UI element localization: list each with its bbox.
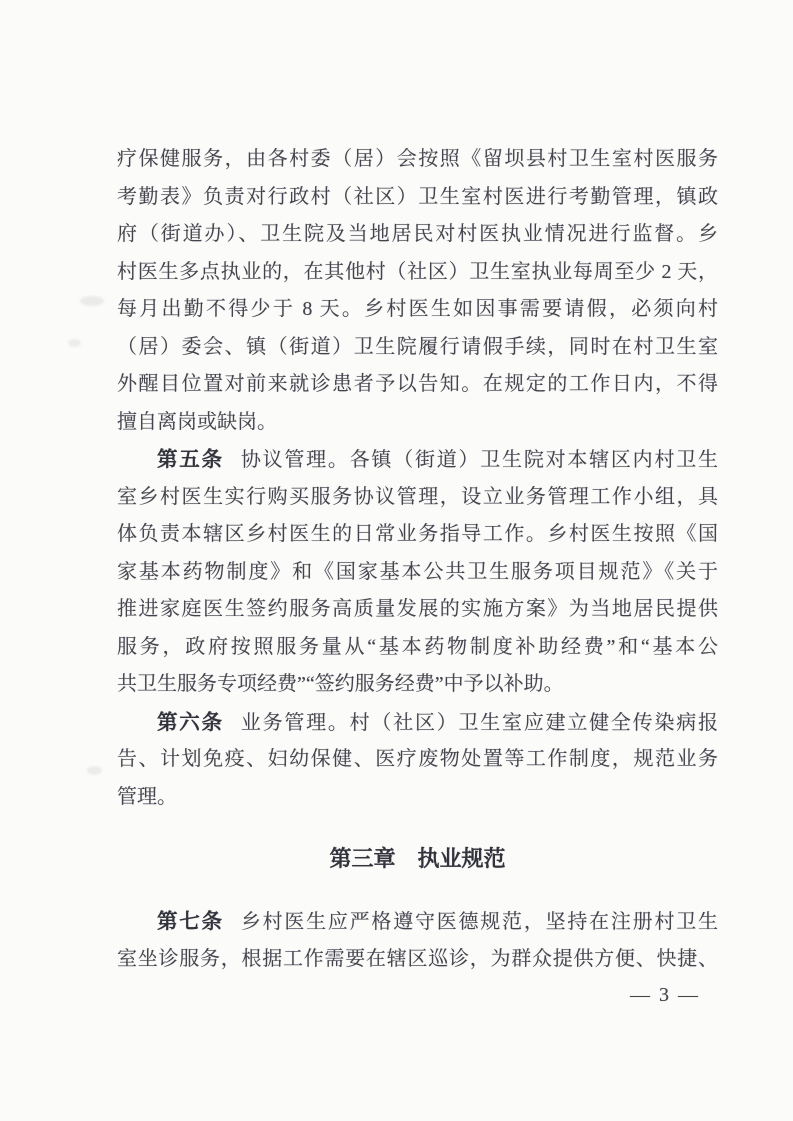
text-line: （居）委会、镇（街道）卫生院履行请假手续，同时在村卫生室 (117, 329, 718, 367)
text-line: 室坐诊服务，根据工作需要在辖区巡诊，为群众提供方便、快捷、 (117, 941, 718, 979)
text-line: 告、计划免疫、妇幼保健、医疗废物处置等工作制度，规范业务 (117, 741, 718, 779)
article-start-line: 第六条业务管理。村（社区）卫生室应建立健全传染病报 (117, 704, 718, 742)
scan-smudge (87, 766, 102, 775)
text-line: 外醒目位置对前来就诊患者予以告知。在规定的工作日内，不得 (117, 366, 718, 404)
text-line: 村医生多点执业的，在其他村（社区）卫生室执业每周至少 2 天， (117, 254, 718, 292)
text-line: 家基本药物制度》和《国家基本公共卫生服务项目规范》《关于 (117, 554, 718, 592)
article-text: 协议管理。各镇（街道）卫生院对本辖区内村卫生 (241, 449, 718, 471)
article-start-line: 第五条协议管理。各镇（街道）卫生院对本辖区内村卫生 (117, 441, 718, 479)
body-text-block: 疗保健服务，由各村委（居）会按照《留坝县村卫生室村医服务 考勤表》负责对行政村（… (117, 141, 718, 816)
article-text: 乡村医生应严格遵守医德规范，坚持在注册村卫生 (241, 911, 718, 933)
article-number: 第六条 (157, 711, 224, 734)
text-line: 考勤表》负责对行政村（社区）卫生室村医进行考勤管理，镇政 (117, 179, 718, 217)
article-start-line: 第七条乡村医生应严格遵守医德规范，坚持在注册村卫生 (117, 903, 718, 941)
page-number: — 3 — (630, 984, 700, 1007)
text-line: 体负责本辖区乡村医生的日常业务指导工作。乡村医生按照《国 (117, 516, 718, 554)
paragraph-end-line: 管理。 (117, 779, 718, 817)
text-line: 服务，政府按照服务量从“基本药物制度补助经费”和“基本公 (117, 629, 718, 667)
article-number: 第五条 (157, 448, 224, 471)
text-line: 每月出勤不得少于 8 天。乡村医生如因事需要请假，必须向村 (117, 291, 718, 329)
scan-smudge (80, 296, 104, 306)
paragraph-end-line: 擅自离岗或缺岗。 (117, 404, 718, 442)
chapter-heading: 第三章 执业规范 (117, 840, 718, 878)
article-text: 业务管理。村（社区）卫生室应建立健全传染病报 (241, 712, 718, 734)
text-line: 室乡村医生实行购买服务协议管理，设立业务管理工作小组，具 (117, 479, 718, 517)
text-line: 府（街道办）、卫生院及当地居民对村医执业情况进行监督。乡 (117, 216, 718, 254)
paragraph-end-line: 共卫生服务专项经费”“签约服务经费”中予以补助。 (117, 666, 718, 704)
text-line: 推进家庭医生签约服务高质量发展的实施方案》为当地居民提供 (117, 591, 718, 629)
article-number: 第七条 (157, 910, 224, 933)
scan-smudge (68, 339, 81, 347)
body-text-block: 第七条乡村医生应严格遵守医德规范，坚持在注册村卫生 室坐诊服务，根据工作需要在辖… (117, 903, 718, 978)
text-line: 疗保健服务，由各村委（居）会按照《留坝县村卫生室村医服务 (117, 141, 718, 179)
scanned-document-page: 疗保健服务，由各村委（居）会按照《留坝县村卫生室村医服务 考勤表》负责对行政村（… (0, 0, 793, 1121)
